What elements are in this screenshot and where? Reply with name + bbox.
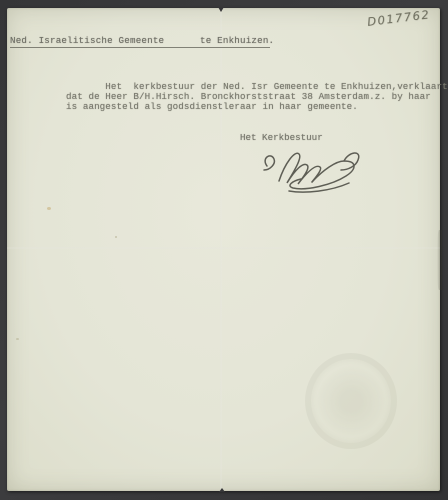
- paper-speck: [47, 207, 51, 210]
- embossed-stamp: [305, 353, 397, 449]
- paper-speck: [16, 338, 19, 340]
- archival-pencil-code: D017762: [366, 7, 431, 29]
- bottom-fold-notch: [219, 488, 225, 492]
- letterhead: Ned. Israelitische Gemeente te Enkhuizen…: [10, 35, 270, 48]
- handwritten-signature: [245, 139, 371, 197]
- letterhead-organization: Ned. Israelitische Gemeente: [10, 35, 164, 46]
- paper-speck: [115, 236, 117, 238]
- horizontal-fold-crease: [7, 247, 440, 249]
- body-line-3: is aangesteld als godsdienstleraar in ha…: [66, 102, 448, 112]
- typed-body-paragraph: Het kerkbestuur der Ned. Isr Gemeente te…: [66, 82, 448, 112]
- scan-background-mat: Ned. Israelitische Gemeente te Enkhuizen…: [0, 0, 448, 500]
- letter-paper: Ned. Israelitische Gemeente te Enkhuizen…: [7, 8, 440, 491]
- right-edge-tear: [437, 230, 442, 290]
- letterhead-place: te Enkhuizen.: [200, 35, 274, 46]
- top-fold-notch: [218, 7, 224, 12]
